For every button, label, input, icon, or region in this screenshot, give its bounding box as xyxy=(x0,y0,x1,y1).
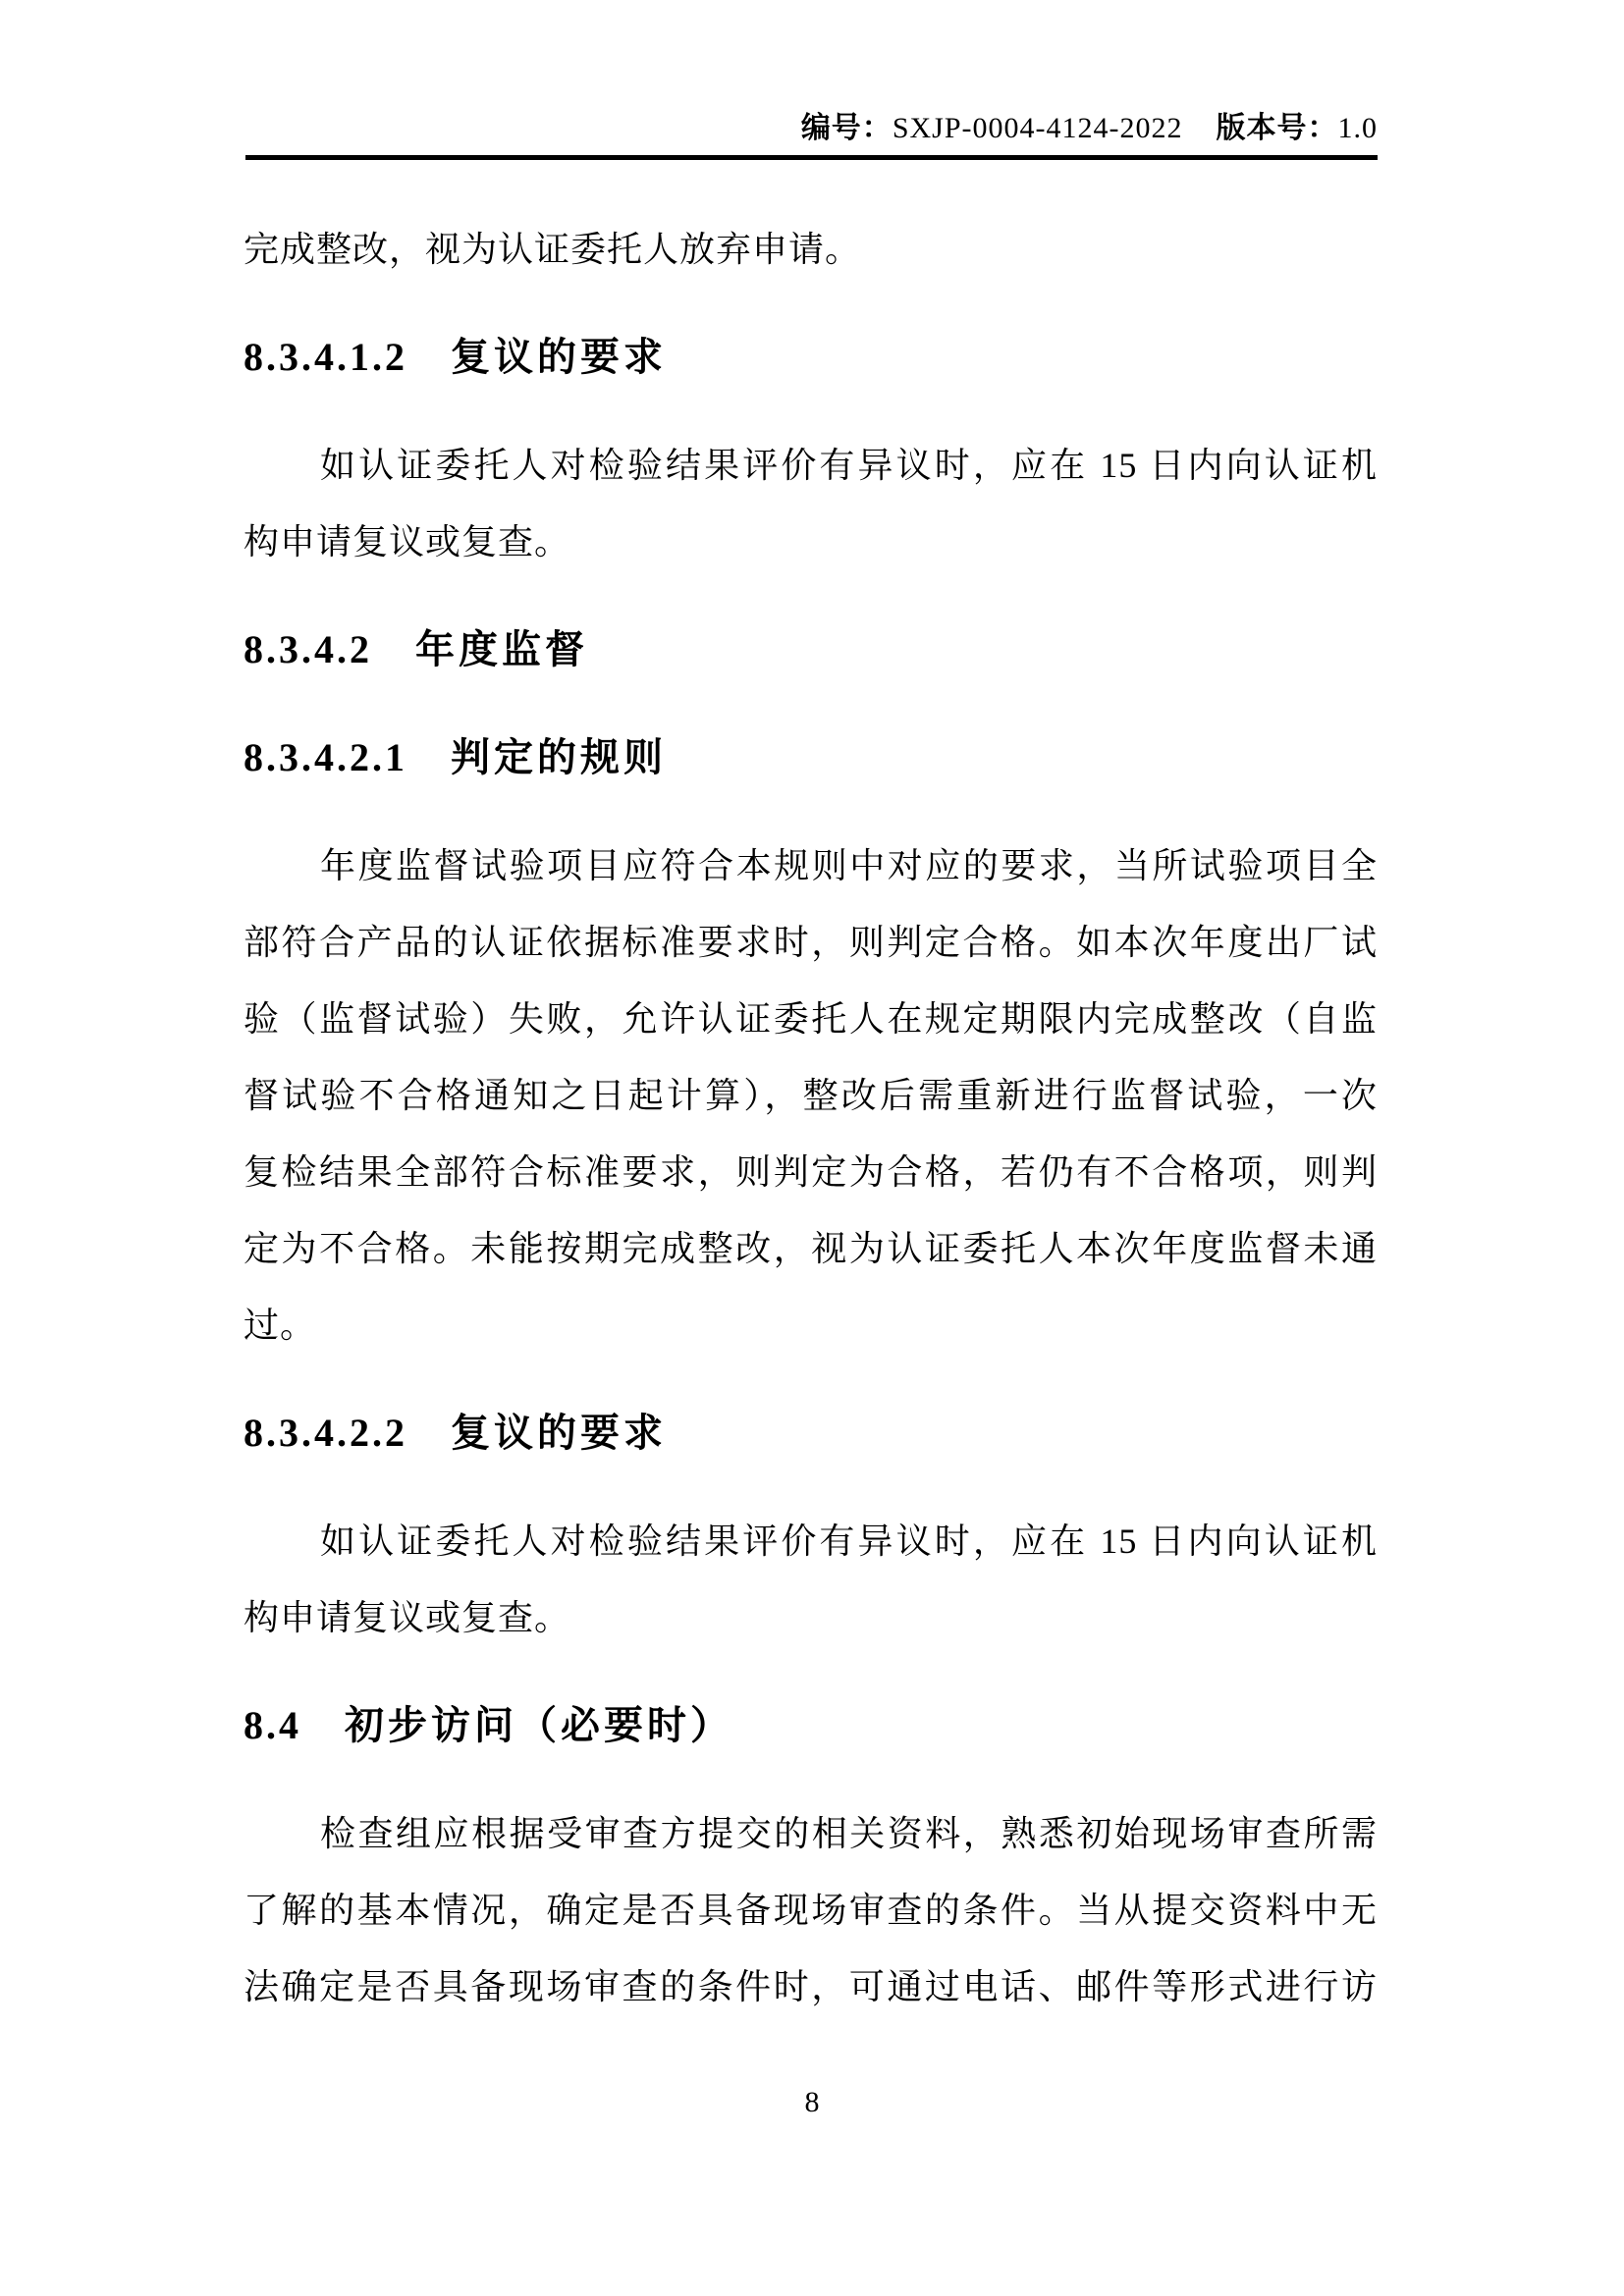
heading-8-3-4-2: 8.3.4.2年度监督 xyxy=(244,612,1378,688)
heading-8-3-4-1-2: 8.3.4.1.2复议的要求 xyxy=(244,319,1378,396)
heading-title: 复议的要求 xyxy=(451,1411,667,1456)
paragraph-line: 督试验不合格通知之日起计算），整改后需重新进行监督试验，一次 xyxy=(244,1057,1378,1134)
heading-8-4: 8.4初步访问（必要时） xyxy=(244,1687,1378,1764)
heading-8-3-4-2-1: 8.3.4.2.1判定的规则 xyxy=(244,720,1378,796)
heading-number: 8.3.4.2 xyxy=(244,627,372,671)
paragraph-line: 如认证委托人对检验结果评价有异议时，应在 15 日内向认证机 xyxy=(244,427,1378,504)
paragraph-line: 完成整改，视为认证委托人放弃申请。 xyxy=(244,211,1378,288)
paragraph-line: 年度监督试验项目应符合本规则中对应的要求，当所试验项目全 xyxy=(244,828,1378,904)
heading-number: 8.4 xyxy=(244,1703,301,1747)
paragraph-line: 验（监督试验）失败，允许认证委托人在规定期限内完成整改（自监 xyxy=(244,981,1378,1057)
paragraph-line: 了解的基本情况，确定是否具备现场审查的条件。当从提交资料中无 xyxy=(244,1872,1378,1949)
heading-title: 年度监督 xyxy=(415,627,588,672)
paragraph-line: 构申请复议或复查。 xyxy=(244,504,1378,580)
document-page: 编号：SXJP-0004-4124-2022版本号：1.0 完成整改，视为认证委… xyxy=(0,0,1624,2296)
paragraph-line: 定为不合格。未能按期完成整改，视为认证委托人本次年度监督未通 xyxy=(244,1210,1378,1287)
doc-code-value: SXJP-0004-4124-2022 xyxy=(893,112,1183,144)
heading-number: 8.3.4.2.2 xyxy=(244,1411,407,1455)
paragraph-line: 过。 xyxy=(244,1287,1378,1363)
page-number: 8 xyxy=(0,2083,1624,2122)
doc-version-label: 版本号： xyxy=(1217,112,1338,144)
heading-title: 初步访问（必要时） xyxy=(345,1703,733,1748)
heading-number: 8.3.4.2.1 xyxy=(244,735,407,779)
doc-code-label: 编号： xyxy=(801,112,893,144)
heading-title: 判定的规则 xyxy=(451,735,667,780)
paragraph-line: 如认证委托人对检验结果评价有异议时，应在 15 日内向认证机 xyxy=(244,1503,1378,1579)
header-divider xyxy=(245,155,1378,160)
paragraph-line: 部符合产品的认证依据标准要求时，则判定合格。如本次年度出厂试 xyxy=(244,904,1378,981)
paragraph-line: 复检结果全部符合标准要求，则判定为合格，若仍有不合格项，则判 xyxy=(244,1134,1378,1210)
heading-title: 复议的要求 xyxy=(451,335,667,380)
paragraph-line: 法确定是否具备现场审查的条件时，可通过电话、邮件等形式进行访 xyxy=(244,1949,1378,2025)
doc-version-value: 1.0 xyxy=(1338,112,1379,144)
paragraph-line: 检查组应根据受审查方提交的相关资料，熟悉初始现场审查所需 xyxy=(244,1795,1378,1872)
heading-8-3-4-2-2: 8.3.4.2.2复议的要求 xyxy=(244,1395,1378,1471)
heading-number: 8.3.4.1.2 xyxy=(244,335,407,379)
paragraph-line: 构申请复议或复查。 xyxy=(244,1579,1378,1656)
document-body: 完成整改，视为认证委托人放弃申请。 8.3.4.1.2复议的要求 如认证委托人对… xyxy=(244,211,1378,2025)
page-header: 编号：SXJP-0004-4124-2022版本号：1.0 xyxy=(801,110,1378,147)
